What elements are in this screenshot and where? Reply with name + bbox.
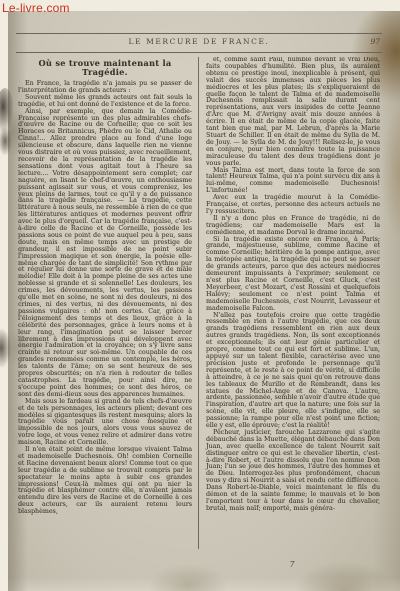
paragraph: Mais sous le fardeau si grand de tels ch… [18, 399, 192, 447]
signature-number: 7 [204, 560, 380, 569]
scanned-page: Le-livre.com LE MERCURE DE FRANCE. 97 Où… [0, 0, 400, 591]
watermark: Le-livre.com [2, 1, 70, 15]
paragraph: Il n'en était point de même lorsque viva… [18, 447, 192, 516]
paragraph: N'allez pas toutefois croire que cette t… [206, 313, 380, 430]
journal-title: LE MERCURE DE FRANCE. [16, 37, 382, 46]
paragraph: Mais Talma est mort, dans toute la force… [206, 168, 380, 196]
running-head: LE MERCURE DE FRANCE. 97 [16, 37, 382, 49]
right-column: et, comme saint Paul, humble devant le v… [199, 57, 380, 549]
paragraph: Avec eux la tragédie mourut à la Comédie… [206, 195, 380, 216]
paragraph: En France, la tragédie n'a jamais pu se … [18, 81, 192, 95]
page-number: 97 [370, 37, 380, 46]
paragraph: et, comme saint Paul, humble devant le v… [206, 57, 380, 168]
header-rule-top [16, 33, 382, 34]
article-title: Où se trouve maintenant la Tragédie. [18, 59, 192, 77]
paragraph: Il n'y a donc plus en France de tragédie… [206, 216, 380, 237]
paragraph: Pêcheur, justicier, farouche Lazzarone q… [206, 430, 380, 513]
text-columns: Où se trouve maintenant la Tragédie. En … [18, 57, 380, 549]
page-paper: LE MERCURE DE FRANCE. 97 Où se trouve ma… [8, 11, 400, 591]
paragraph: Si la tragédie existe encore en France, … [206, 237, 380, 313]
paragraph: Ainsi, par exemple, que demain la Comédi… [18, 109, 192, 399]
left-column: Où se trouve maintenant la Tragédie. En … [18, 57, 199, 549]
paragraph: Souvent même les grands acteurs ont fait… [18, 95, 192, 109]
header-rule-bottom [16, 52, 382, 53]
